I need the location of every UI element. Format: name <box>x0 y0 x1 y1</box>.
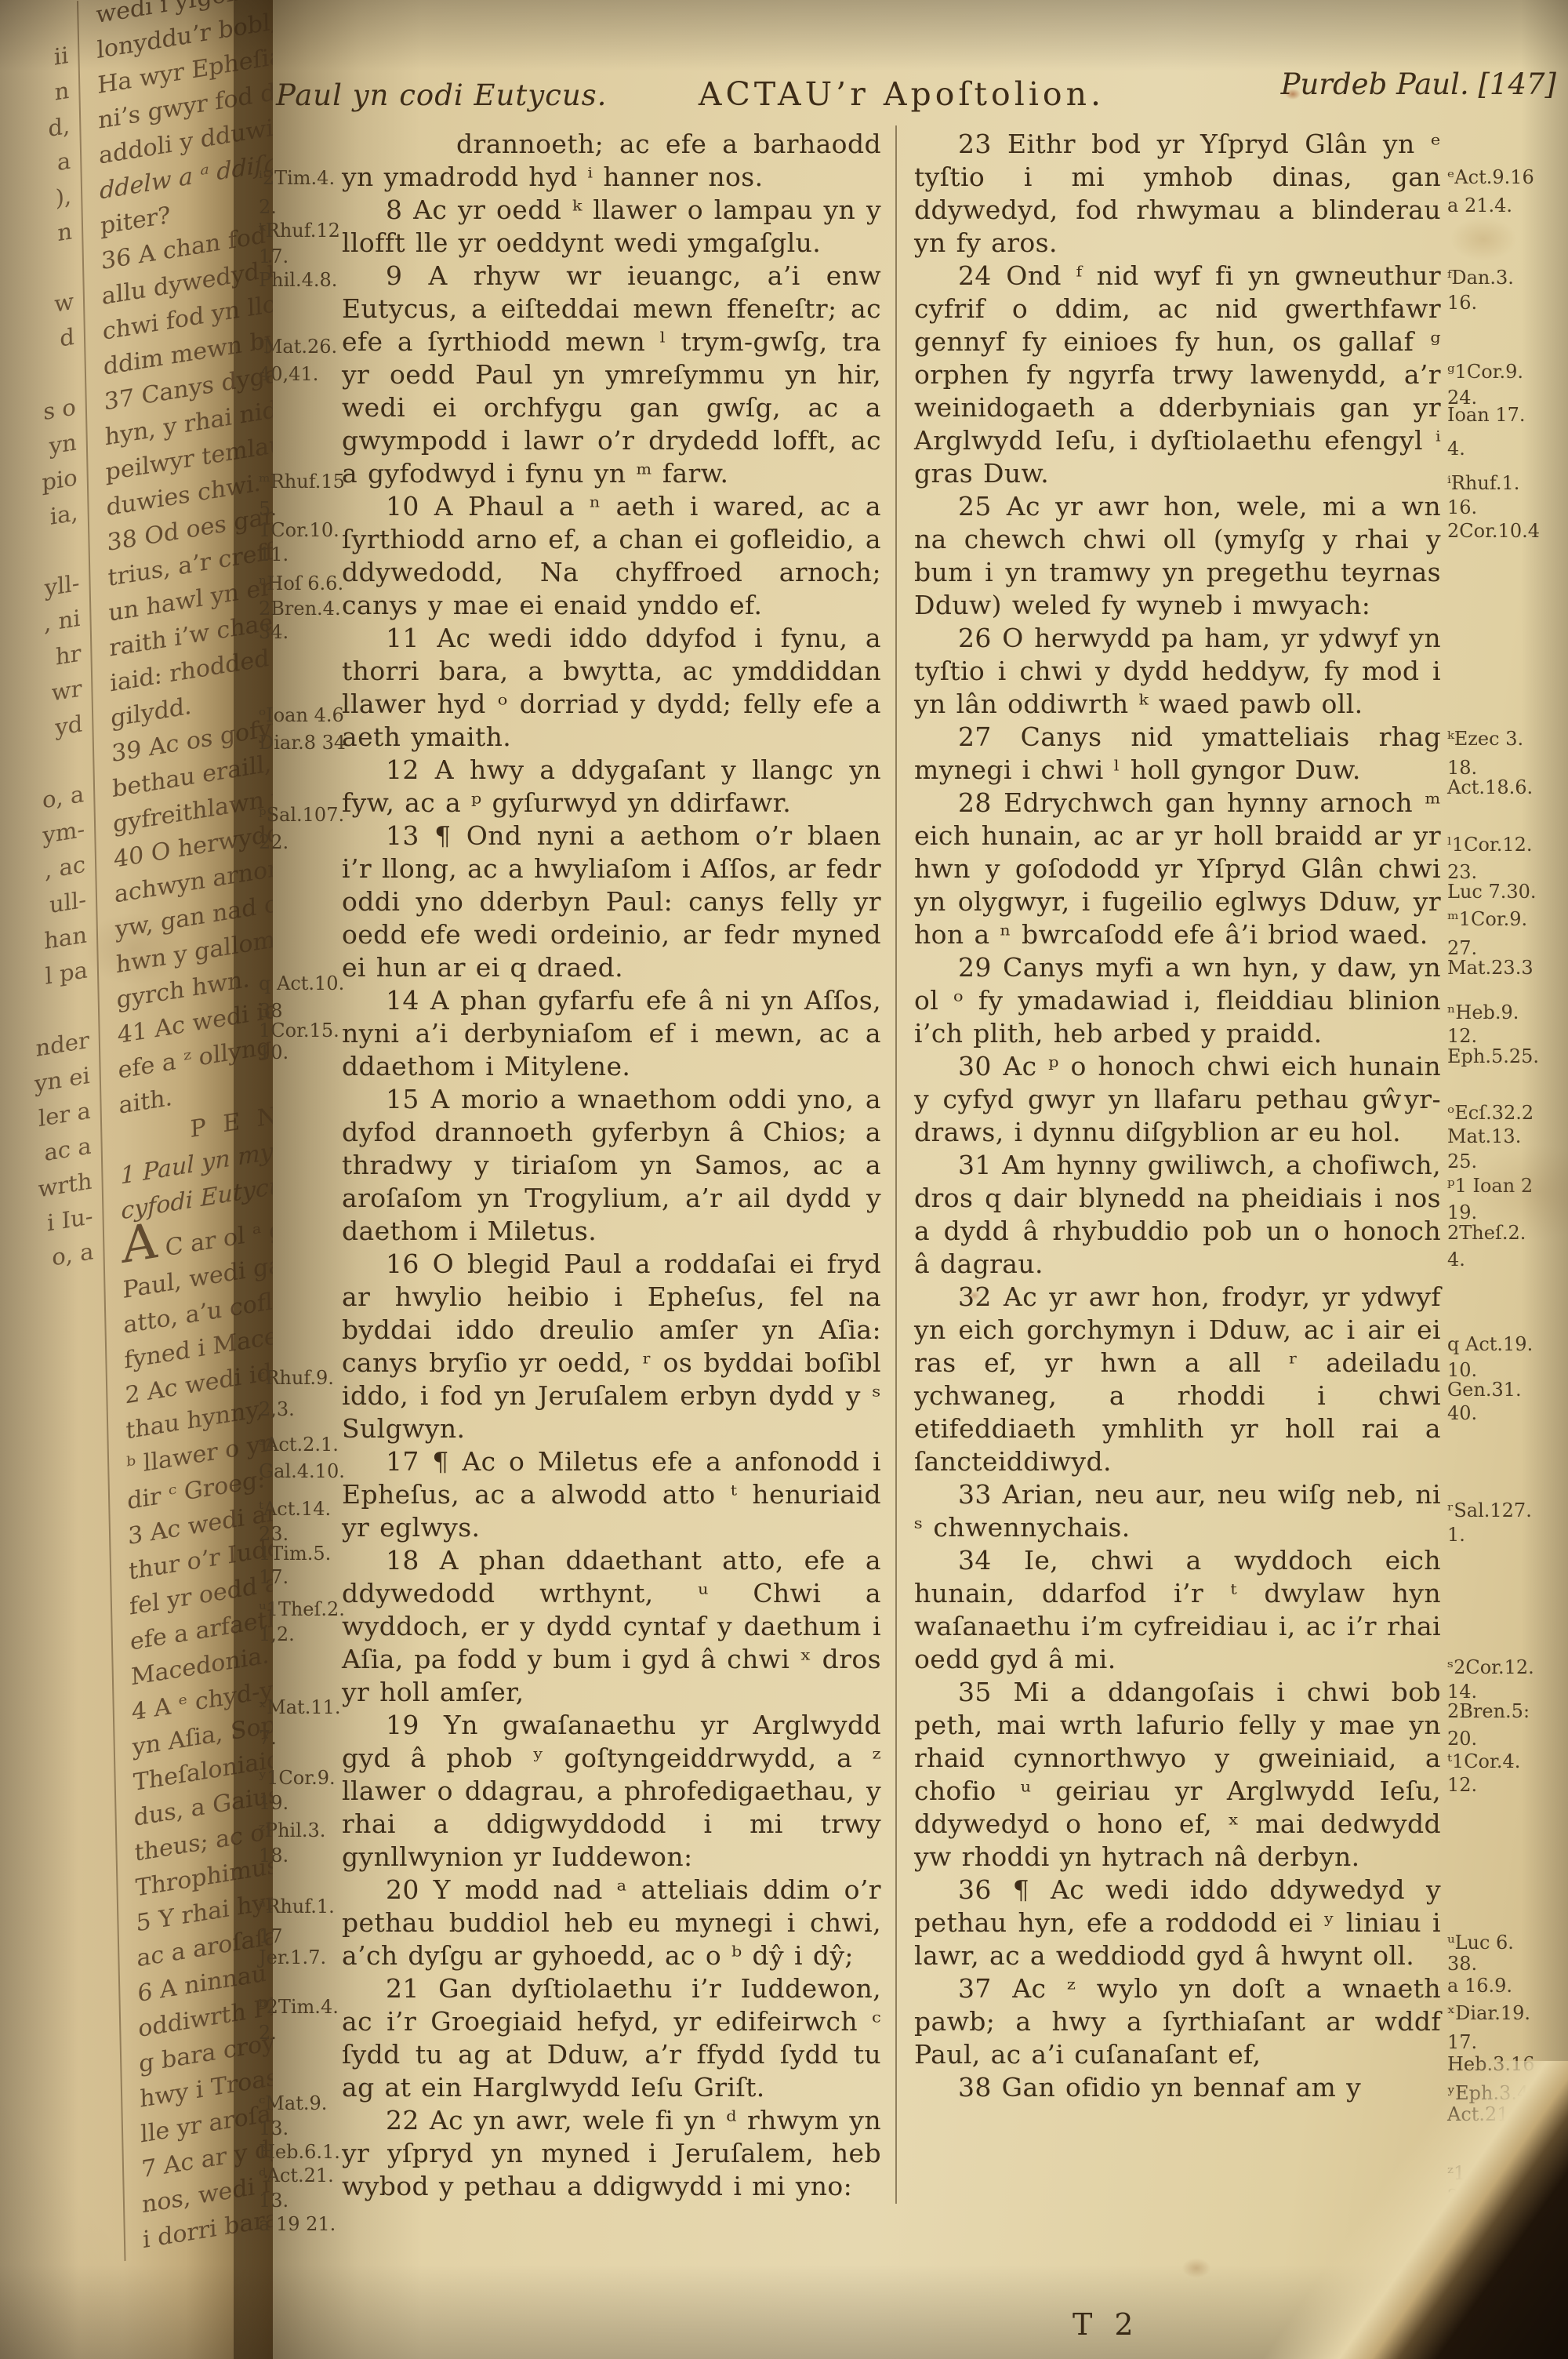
margin-note: 2,3. <box>259 1398 295 1420</box>
verse-paragraph: 33 Arian, neu aur, neu wiſg neb, ni ˢ ch… <box>914 1478 1441 1544</box>
verse-paragraph: 19 Yn gwaſanaethu yr Arglwydd gyd â phob… <box>342 1709 881 1874</box>
verse-paragraph: 18 A phan ddaethant atto, efe a ddywedod… <box>342 1544 881 1709</box>
left-margin-notes: ⁱ2Tim.4.2.ᵏRhuf.1217.Phil.4.8.ˡMat.26.40… <box>259 0 340 2359</box>
verse-paragraph: 10 A Phaul a ⁿ aeth i wared, ac a ſyrthi… <box>342 490 881 622</box>
right-text-column: 23 Eithr bod yr Yſpryd Glân yn ᵉ tyſtio … <box>914 128 1441 2104</box>
margin-note: 40. <box>1447 1402 1477 1424</box>
margin-note: 17. <box>1447 2031 1477 2053</box>
margin-note: ᵉAct.9.16 <box>1447 166 1534 188</box>
margin-note: 17. <box>259 245 289 267</box>
margin-note: ᵖ1 Ioan 2 <box>1447 1175 1533 1197</box>
verse-paragraph: 21 Gan dyſtiolaethu i’r Iuddewon, ac i’r… <box>342 1972 881 2104</box>
verse-paragraph: 37 Ac ᶻ wylo yn doſt a wnaeth pawb; a hw… <box>914 1972 1441 2071</box>
margin-note: 17 <box>259 1925 283 1947</box>
margin-note: 40,41. <box>259 363 318 385</box>
margin-note: ᵏRhuf.12 <box>259 220 340 242</box>
margin-note: ʸEph.3.4 <box>1447 2082 1529 2104</box>
margin-note: ˢ2Cor.12. <box>1447 1656 1534 1678</box>
verse-paragraph: 24 Ond ᶠ nid wyf fi yn gwneuthur cyfrif … <box>914 260 1441 490</box>
margin-note: 2. <box>259 2022 277 2044</box>
margin-note: ˣMat.11. <box>259 1696 341 1718</box>
margin-note: 12. <box>1447 1774 1477 1796</box>
margin-note: Act.18.6. <box>1447 776 1533 798</box>
recto-page: Paul yn codi Eutycus. ACTAU’r Apoſtolion… <box>0 0 1568 2359</box>
margin-note: 38. <box>1447 1953 1477 1975</box>
margin-note: ˡMat.26. <box>259 336 337 358</box>
verse-paragraph: 9 A rhyw wr ieuangc, a’i enw Eutycus, a … <box>342 260 881 490</box>
margin-note: Diar.8 34 <box>259 732 346 754</box>
book-photo: iind,a),n wd s oynpioia, yll-, nihrwryd … <box>0 0 1568 2359</box>
margin-note: Act.21.5. <box>1447 2103 1533 2125</box>
verse-paragraph: 32 Ac yr awr hon, frodyr, yr ydwyf yn ei… <box>914 1281 1441 1478</box>
margin-note: ⁱ2Tim.4. <box>259 167 335 189</box>
margin-note: 16. <box>1447 496 1477 518</box>
margin-note: 1Tim.5. <box>259 1543 331 1565</box>
margin-note: Gal.4.10. <box>259 1460 345 1482</box>
margin-note: ᵃRhuf.1. <box>259 1896 335 1917</box>
margin-note: ʳSal.127. <box>1447 1499 1532 1521</box>
margin-note: 1Cor.15. <box>259 1020 339 1041</box>
margin-note: 16. <box>1447 292 1477 314</box>
margin-note: Mat.23.3 <box>1447 957 1534 979</box>
verse-paragraph: 26 O herwydd pa ham, yr ydwyf yn tyſtio … <box>914 622 1441 721</box>
margin-note: 4. <box>1447 438 1465 460</box>
margin-note: ᵗ1Cor.4. <box>1447 1750 1520 1772</box>
verse-paragraph: 16 O blegid Paul a roddaſai ei fryd ar h… <box>342 1248 881 1445</box>
margin-note: 34. <box>259 621 289 643</box>
running-head-center: ACTAU’r Apoſtolion. <box>666 75 1137 113</box>
margin-note: 23. <box>259 1523 289 1545</box>
verse-paragraph: 28 Edrychwch gan hynny arnoch ᵐ eich hun… <box>914 787 1441 951</box>
margin-note: 10. <box>1447 1359 1477 1381</box>
verse-paragraph: 17 ¶ Ac o Miletus efe a anfonodd i Epheſ… <box>342 1445 881 1544</box>
margin-note: a 21.4. <box>1447 194 1512 216</box>
verse-paragraph: 36 ¶ Ac wedi iddo ddywedyd y pethau hyn,… <box>914 1874 1441 1972</box>
margin-note: 25. <box>1447 1150 1477 1172</box>
margin-note: 4. <box>1447 1249 1465 1270</box>
margin-note: 12. <box>1447 1025 1477 1047</box>
margin-note: Heb.3.16 <box>1447 2053 1535 2075</box>
verse-paragraph: 38 Gan ofidio yn bennaf am y <box>914 2071 1441 2104</box>
margin-note: ᶻPhil.3. <box>259 1819 325 1841</box>
signature-mark: T 2 <box>1073 2307 1140 2342</box>
margin-note: ʸ1Cor.9. <box>259 1767 336 1789</box>
verse-paragraph: 14 A phan gyfarfu efe â ni yn Aſſos, nyn… <box>342 984 881 1083</box>
margin-note: ˢAct.2.1. <box>259 1434 339 1456</box>
margin-note: 13. <box>259 2117 289 2139</box>
margin-note: ᶻ1 Sam. <box>1447 2162 1519 2184</box>
verse-paragraph: 8 Ac yr oedd ᵏ llawer o lampau yn y llof… <box>342 194 881 260</box>
column-divider <box>895 125 897 2204</box>
margin-note: ᵒEcſ.32.2 <box>1447 1102 1534 1124</box>
margin-note: Mat.13. <box>1447 1125 1521 1147</box>
margin-note: 18. <box>259 1845 289 1866</box>
verse-paragraph: 20 Y modd nad ᵃ atteliais ddim o’r petha… <box>342 1874 881 1972</box>
margin-note: 19. <box>259 1792 289 1814</box>
margin-note: ᵖSal.107. <box>259 804 344 826</box>
margin-note: ᵈAct.21. <box>259 2165 334 2186</box>
margin-note: ᶜMat.9. <box>259 2092 327 2114</box>
verse-paragraph: 30 Ac ᵖ o honoch chwi eich hunain y cyfy… <box>914 1050 1441 1149</box>
margin-note: Heb.6.1. <box>259 2141 340 2163</box>
margin-note: ⁿHoſ 6.6. <box>259 572 343 594</box>
verse-paragraph: 31 Am hynny gwiliwch, a chofiwch, dros q… <box>914 1149 1441 1281</box>
margin-note: ᵏEzec 3. <box>1447 728 1523 750</box>
margin-note: 22. <box>259 831 289 853</box>
margin-note: 20.41. <box>1447 2186 1507 2208</box>
margin-note: ᵐRhuf.15 <box>259 471 345 493</box>
margin-note: q Act.10. <box>259 972 344 994</box>
verse-paragraph: 12 A hwy a ddygaſant y llangc yn fyw, ac… <box>342 754 881 820</box>
margin-note: a 16.9. <box>1447 1975 1512 1997</box>
margin-note: Ioan 17. <box>1447 404 1526 426</box>
margin-note: 18. <box>1447 757 1477 779</box>
left-text-column: drannoeth; ac efe a barhaodd yn ymadrodd… <box>342 128 881 2203</box>
margin-note: ᵍ1Cor.9. <box>1447 361 1523 383</box>
margin-note: Jer.1.7. <box>259 1946 326 1968</box>
margin-note: q Act.19. <box>1447 1333 1533 1355</box>
margin-note: 2Bren.5: <box>1447 1700 1530 1722</box>
margin-note: ⁿHeb.9. <box>1447 1001 1519 1023</box>
margin-note: ⁱRhuf.1. <box>1447 472 1519 494</box>
verse-paragraph: drannoeth; ac efe a barhaodd yn ymadrodd… <box>342 128 881 194</box>
margin-note: ˣDiar.19. <box>1447 2002 1530 2024</box>
margin-note: 1. <box>1447 1524 1465 1546</box>
margin-note: 20. <box>1447 1728 1477 1750</box>
margin-note: ᵒIoan 4.6 <box>259 704 344 726</box>
margin-note: ᵗAct.14. <box>259 1498 331 1520</box>
margin-note: 23. <box>1447 861 1477 883</box>
verse-paragraph: 34 Ie, chwi a wyddoch eich hunain, ddarf… <box>914 1544 1441 1676</box>
verse-paragraph: 29 Canys myfi a wn hyn, y daw, yn ol ᵒ f… <box>914 951 1441 1050</box>
margin-note: ʳRhuf.9. <box>259 1367 334 1389</box>
margin-note: Phil.4.8. <box>259 269 337 291</box>
margin-note: 7. <box>259 1727 277 1749</box>
margin-note: a 19 21. <box>259 2213 336 2235</box>
margin-note: ˡ1Cor.12. <box>1447 834 1533 856</box>
margin-note: 17. <box>259 1566 289 1588</box>
margin-note: Gen.31. <box>1447 1379 1522 1401</box>
margin-note: Eph.5.25. <box>1447 1045 1539 1067</box>
verse-paragraph: 15 A morio a wnaethom oddi yno, a dyfod … <box>342 1083 881 1248</box>
right-margin-notes: ᵉAct.9.16a 21.4.ᶠDan.3.16.ᵍ1Cor.9.24.Ioa… <box>1447 0 1565 2359</box>
margin-note: 1,2. <box>259 1623 295 1645</box>
margin-note: ᵇ2Tim.4. <box>259 1996 339 2018</box>
margin-note: 19. <box>1447 1201 1477 1223</box>
margin-note: 27. <box>1447 937 1477 959</box>
verse-paragraph: 35 Mi a ddangoſais i chwi bob peth, mai … <box>914 1676 1441 1874</box>
margin-note: 2. <box>259 196 277 218</box>
margin-note: 13. <box>259 2190 289 2212</box>
verse-paragraph: 23 Eithr bod yr Yſpryd Glân yn ᵉ tyſtio … <box>914 128 1441 260</box>
verse-paragraph: 13 ¶ Ond nyni a aethom o’r blaen i’r llo… <box>342 820 881 984</box>
verse-paragraph: 11 Ac wedi iddo ddyfod i fynu, a thorri … <box>342 622 881 754</box>
margin-note: 10. <box>259 1041 289 1063</box>
margin-note: 38 <box>259 1000 283 1022</box>
verse-paragraph: 22 Ac yn awr, wele fi yn ᵈ rhwym yn yr y… <box>342 2104 881 2203</box>
margin-note: 1Cor.10. <box>259 519 339 541</box>
margin-note: ᵘLuc 6. <box>1447 1932 1514 1954</box>
margin-note: 2Cor.10.4 <box>1447 520 1540 542</box>
margin-note: 2Bren.4. <box>259 598 341 620</box>
margin-note: ᶠDan.3. <box>1447 267 1514 289</box>
margin-note: ᵘ1Theſ.2. <box>259 1598 345 1620</box>
margin-note: 14. <box>1447 1681 1477 1703</box>
margin-note: 2Theſ.2. <box>1447 1222 1526 1244</box>
margin-note: ᵐ1Cor.9. <box>1447 908 1527 930</box>
margin-note: 5. <box>259 498 277 520</box>
margin-note: 11. <box>259 543 289 565</box>
verse-paragraph: 25 Ac yr awr hon, wele, mi a wn na chewc… <box>914 490 1441 622</box>
verse-paragraph: 27 Canys nid ymatteliais rhag mynegi i c… <box>914 721 1441 787</box>
margin-note: Luc 7.30. <box>1447 881 1537 903</box>
